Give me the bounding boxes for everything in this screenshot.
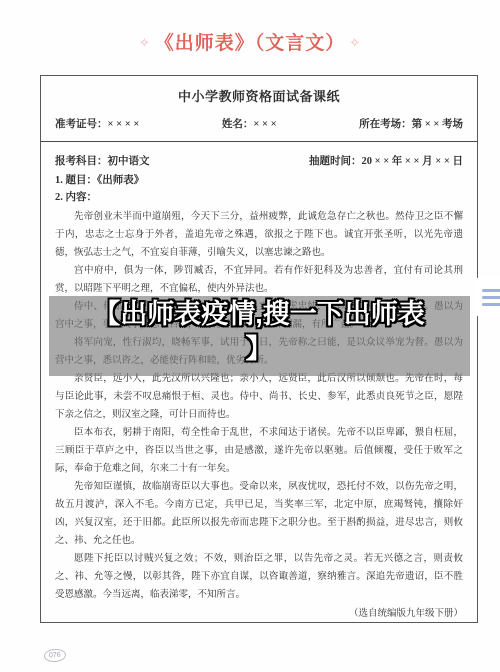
subject-field: 报考科目：初中语文	[55, 153, 150, 168]
form-divider	[41, 141, 477, 142]
page-title-main: 《出师表》	[155, 33, 255, 54]
candidate-info-row: 准考证号：× × × × 姓名：× × × 所在考场：第 × × 考场	[55, 116, 463, 131]
sparkle-icon-left: ✧	[135, 35, 155, 50]
essay-paragraph: 臣本布衣，躬耕于南阳，苟全性命于乱世，不求闻达于诸侯。先帝不以臣卑鄙，猥自枉屈，…	[55, 424, 463, 478]
exam-number-field: 准考证号：× × × ×	[55, 116, 139, 131]
essay-paragraph: 将军向宠，性行淑均，晓畅军事，试用于昔日，先帝称之曰能，是以众议举宠为督。愚以为…	[55, 334, 463, 370]
lesson-prep-form: 中小学教师资格面试备课纸 准考证号：× × × × 姓名：× × × 所在考场：…	[40, 75, 478, 623]
essay-paragraph: 先帝知臣谨慎，故临崩寄臣以大事也。受命以来，夙夜忧叹，恐托付不效，以伤先帝之明，…	[55, 478, 463, 550]
topic-line: 1. 题目：《出师表》	[55, 172, 463, 189]
content-label-line: 2. 内容：	[55, 189, 463, 206]
page-number-badge: 076	[44, 648, 67, 662]
name-field: 姓名：× × ×	[222, 116, 277, 131]
menu-icon	[482, 289, 500, 292]
exam-room-field: 所在考场：第 × × 考场	[359, 116, 463, 131]
sparkle-icon-right: ✧	[345, 35, 365, 50]
menu-icon	[482, 303, 500, 306]
essay-paragraph: 侍中、侍郎郭攸之、费祎、董允等，此皆良实，志虑忠纯，是以先帝简拔以遗陛下。愚以为…	[55, 298, 463, 334]
subject-info-row: 报考科目：初中语文 抽题时间：20 × × 年 × × 月 × × 日	[55, 153, 463, 168]
form-title: 中小学教师资格面试备课纸	[55, 86, 463, 105]
document-page: ✧《出师表》（文言文）✧ 中小学教师资格面试备课纸 准考证号：× × × × 姓…	[0, 0, 500, 672]
menu-icon	[482, 296, 500, 299]
side-menu-button[interactable]	[476, 277, 500, 317]
essay-paragraph: 亲贤臣，远小人，此先汉所以兴隆也；亲小人，远贤臣，此后汉所以倾颓也。先帝在时，每…	[55, 370, 463, 424]
page-title-suffix: （文言文）	[255, 33, 346, 54]
essay-paragraph: 愿陛下托臣以讨贼兴复之效；不效，则治臣之罪，以告先帝之灵。若无兴德之言，则责攸之…	[55, 550, 463, 604]
draw-time-field: 抽题时间：20 × × 年 × × 月 × × 日	[309, 153, 463, 168]
essay-paragraph: 宫中府中，俱为一体，陟罚臧否，不宜异同。若有作奸犯科及为忠善者，宜付有司论其刑赏…	[55, 262, 463, 298]
essay-content: 先帝创业未半而中道崩殂，今天下三分，益州疲弊，此诚危急存亡之秋也。然侍卫之臣不懈…	[55, 208, 463, 604]
source-attribution: （选自统编版九年级下册）	[55, 605, 463, 623]
page-title: ✧《出师表》（文言文）✧	[0, 28, 500, 55]
essay-paragraph: 先帝创业未半而中道崩殂，今天下三分，益州疲弊，此诚危急存亡之秋也。然侍卫之臣不懈…	[55, 208, 463, 262]
